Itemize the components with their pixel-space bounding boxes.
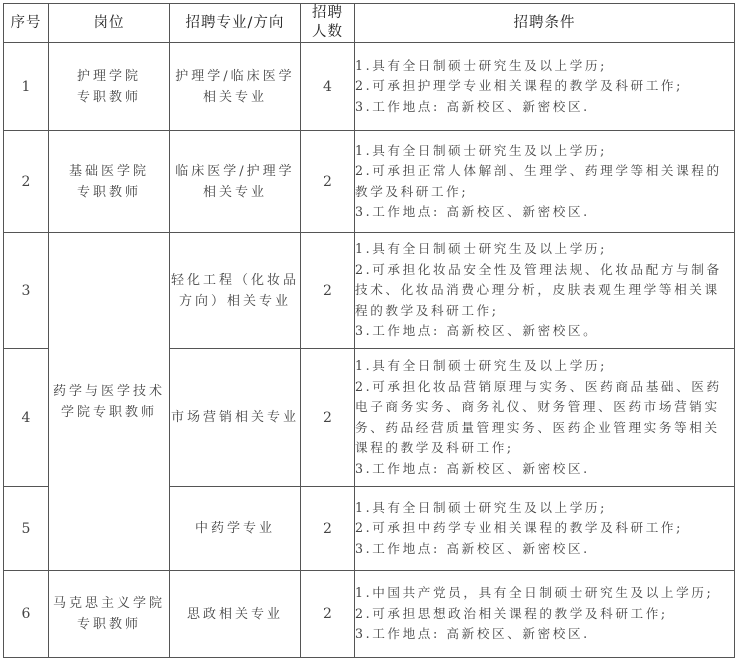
- row-count: 4: [301, 43, 355, 131]
- row-count: 2: [301, 571, 355, 658]
- position-line: 专职教师: [49, 182, 169, 203]
- major-line: 市场营销相关专业: [170, 407, 300, 428]
- requirement-line: 3.工作地点: 高新校区、新密校区.: [355, 202, 734, 223]
- requirement-line: 1.具有全日制硕士研究生及以上学历;: [355, 498, 734, 519]
- row-position: 药学与医学技术 学院专职教师: [49, 233, 170, 571]
- row-major: 思政相关专业: [170, 571, 301, 658]
- major-line: 相关专业: [170, 182, 300, 203]
- position-line: 专职教师: [49, 87, 169, 108]
- row-seq: 3: [4, 233, 49, 349]
- requirement-line: 3.工作地点: 高新校区、新密校区.: [355, 624, 734, 645]
- row-major: 轻化工程（化妆品 方向）相关专业: [170, 233, 301, 349]
- header-count-line2: 人数: [301, 23, 354, 42]
- row-seq: 1: [4, 43, 49, 131]
- header-requirements: 招聘条件: [355, 4, 735, 43]
- requirement-line: 电子商务实务、商务礼仪、财务管理、医药市场营销实: [355, 397, 734, 418]
- requirement-line: 2.可承担化妆品营销原理与实务、医药商品基础、医药: [355, 377, 734, 398]
- position-line: 护理学院: [49, 66, 169, 87]
- row-count: 2: [301, 233, 355, 349]
- row-major: 护理学/临床医学 相关专业: [170, 43, 301, 131]
- header-count-line1: 招聘: [301, 4, 354, 23]
- row-count: 2: [301, 349, 355, 487]
- row-seq: 6: [4, 571, 49, 658]
- requirement-line: 1.具有全日制硕士研究生及以上学历;: [355, 239, 734, 260]
- requirement-line: 3.工作地点: 高新校区、新密校区.: [355, 97, 734, 118]
- position-line: 学院专职教师: [49, 402, 169, 423]
- table-row: 6 马克思主义学院 专职教师 思政相关专业 2 1.中国共产党员，具有全日制硕士…: [4, 571, 735, 658]
- position-line: 马克思主义学院: [49, 593, 169, 614]
- major-line: 方向）相关专业: [170, 291, 300, 312]
- requirement-line: 2.可承担思想政治相关课程的教学及科研工作;: [355, 604, 734, 625]
- requirement-line: 3.工作地点: 高新校区、新密校区.: [355, 539, 734, 560]
- major-line: 轻化工程（化妆品: [170, 270, 300, 291]
- recruitment-table: 序号 岗位 招聘专业/方向 招聘 人数 招聘条件 1 护理学院 专职教师 护理学…: [3, 3, 735, 658]
- row-requirements: 1.具有全日制硕士研究生及以上学历; 2.可承担护理学专业相关课程的教学及科研工…: [355, 43, 735, 131]
- major-line: 护理学/临床医学: [170, 66, 300, 87]
- row-requirements: 1.具有全日制硕士研究生及以上学历; 2.可承担中药学专业相关课程的教学及科研工…: [355, 487, 735, 571]
- row-seq: 2: [4, 131, 49, 233]
- table-row: 1 护理学院 专职教师 护理学/临床医学 相关专业 4 1.具有全日制硕士研究生…: [4, 43, 735, 131]
- row-requirements: 1.具有全日制硕士研究生及以上学历; 2.可承担化妆品安全性及管理法规、化妆品配…: [355, 233, 735, 349]
- row-position: 护理学院 专职教师: [49, 43, 170, 131]
- requirement-line: 1.具有全日制硕士研究生及以上学历;: [355, 356, 734, 377]
- requirement-line: 课程的教学及科研工作;: [355, 438, 734, 459]
- requirement-line: 教学及科研工作;: [355, 182, 734, 203]
- major-line: 思政相关专业: [170, 604, 300, 625]
- requirement-line: 1.具有全日制硕士研究生及以上学历;: [355, 141, 734, 162]
- row-major: 中药学专业: [170, 487, 301, 571]
- position-line: 基础医学院: [49, 161, 169, 182]
- header-position: 岗位: [49, 4, 170, 43]
- requirement-line: 1.中国共产党员，具有全日制硕士研究生及以上学历;: [355, 583, 734, 604]
- row-requirements: 1.具有全日制硕士研究生及以上学历; 2.可承担化妆品营销原理与实务、医药商品基…: [355, 349, 735, 487]
- row-seq: 4: [4, 349, 49, 487]
- position-line: 专职教师: [49, 614, 169, 635]
- row-major: 临床医学/护理学 相关专业: [170, 131, 301, 233]
- row-seq: 5: [4, 487, 49, 571]
- row-count: 2: [301, 487, 355, 571]
- requirement-line: 1.具有全日制硕士研究生及以上学历;: [355, 56, 734, 77]
- header-row: 序号 岗位 招聘专业/方向 招聘 人数 招聘条件: [4, 4, 735, 43]
- requirement-line: 2.可承担护理学专业相关课程的教学及科研工作;: [355, 76, 734, 97]
- requirement-line: 3.工作地点: 高新校区、新密校区。: [355, 321, 734, 342]
- requirement-line: 技术、化妆品消费心理分析，皮肤表观生理学等相关课: [355, 280, 734, 301]
- major-line: 相关专业: [170, 87, 300, 108]
- row-major: 市场营销相关专业: [170, 349, 301, 487]
- header-seq: 序号: [4, 4, 49, 43]
- row-position: 马克思主义学院 专职教师: [49, 571, 170, 658]
- table-row: 2 基础医学院 专职教师 临床医学/护理学 相关专业 2 1.具有全日制硕士研究…: [4, 131, 735, 233]
- row-requirements: 1.中国共产党员，具有全日制硕士研究生及以上学历; 2.可承担思想政治相关课程的…: [355, 571, 735, 658]
- table-row: 3 药学与医学技术 学院专职教师 轻化工程（化妆品 方向）相关专业 2 1.具有…: [4, 233, 735, 349]
- requirement-line: 2.可承担中药学专业相关课程的教学及科研工作;: [355, 518, 734, 539]
- major-line: 中药学专业: [170, 518, 300, 539]
- requirement-line: 3.工作地点: 高新校区、新密校区.: [355, 459, 734, 480]
- requirement-line: 2.可承担化妆品安全性及管理法规、化妆品配方与制备: [355, 260, 734, 281]
- requirement-line: 程的教学及科研工作;: [355, 301, 734, 322]
- header-major: 招聘专业/方向: [170, 4, 301, 43]
- position-line: 药学与医学技术: [49, 381, 169, 402]
- row-count: 2: [301, 131, 355, 233]
- requirement-line: 务、药品经营质量管理实务、医药企业管理实务等相关: [355, 418, 734, 439]
- header-count: 招聘 人数: [301, 4, 355, 43]
- major-line: 临床医学/护理学: [170, 161, 300, 182]
- row-requirements: 1.具有全日制硕士研究生及以上学历; 2.可承担正常人体解剖、生理学、药理学等相…: [355, 131, 735, 233]
- row-position: 基础医学院 专职教师: [49, 131, 170, 233]
- requirement-line: 2.可承担正常人体解剖、生理学、药理学等相关课程的: [355, 161, 734, 182]
